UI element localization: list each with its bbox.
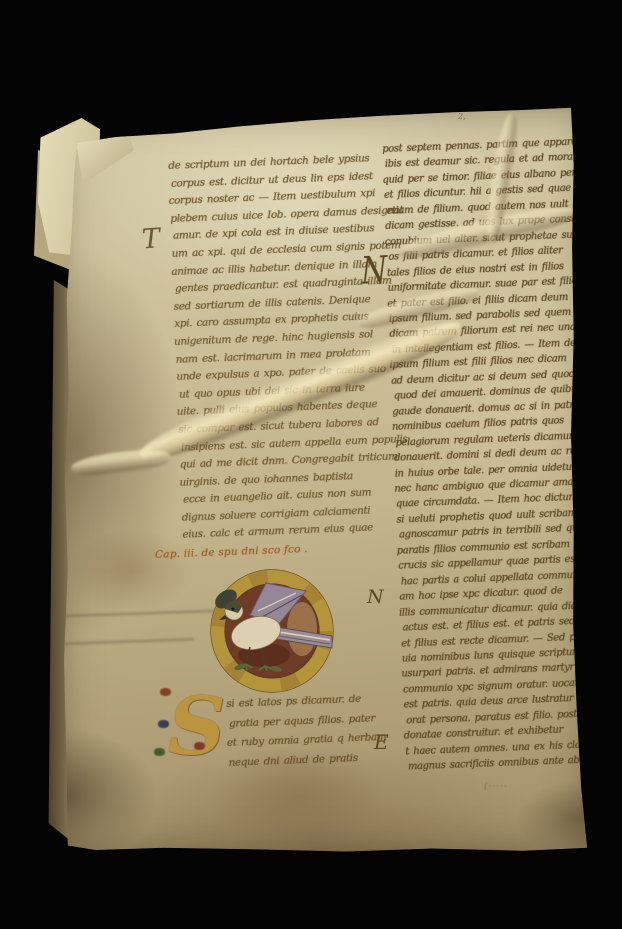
photo-stage: de scriptum un dei hortach bele ypsiusco… (0, 0, 622, 929)
dove-illustration (208, 567, 336, 695)
initial-s: S (168, 682, 248, 774)
knot-ornament (160, 688, 171, 696)
knot-ornament (154, 748, 165, 756)
top-margin-mark: 2, (458, 112, 466, 121)
fold-crease (70, 446, 172, 480)
initial-n-lower: N (367, 586, 384, 608)
initial-e: E (374, 730, 389, 754)
dove-medallion (208, 567, 336, 699)
rubric-line: Cap. iii. de spu dni sco fco . (155, 543, 308, 561)
wrinkle-line (64, 638, 194, 646)
initial-n-upper: N (360, 249, 387, 294)
initial-t: T (141, 223, 161, 255)
knot-ornament (158, 720, 169, 728)
manuscript-page: de scriptum un dei hortach bele ypsiusco… (56, 104, 593, 856)
wrinkle-line (64, 609, 214, 617)
text-column-left: de scriptum un dei hortach bele ypsiusco… (168, 151, 378, 545)
text-column-right: post septem pennas. partim que apparet s… (382, 134, 606, 775)
faint-inscription: (····· (484, 782, 508, 792)
knot-ornament (194, 742, 205, 750)
